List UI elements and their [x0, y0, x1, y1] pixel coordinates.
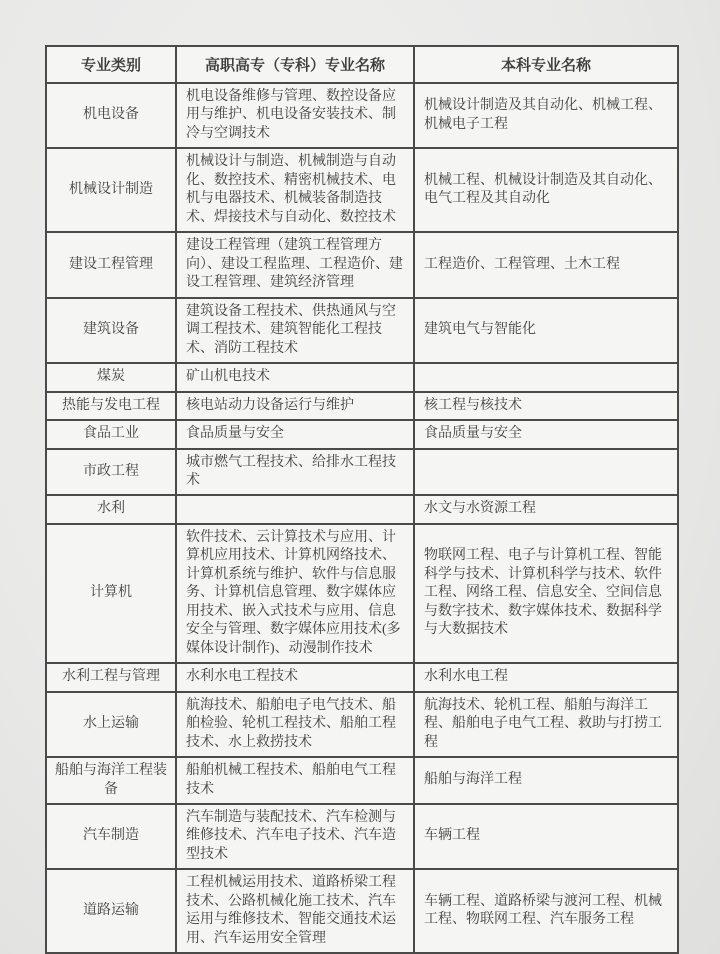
cell-category: 水利	[46, 495, 176, 523]
cell-undergraduate: 工程造价、工程管理、土木工程	[414, 232, 678, 297]
table-row: 水利工程与管理水利水电工程技术水利水电工程	[46, 663, 678, 691]
cell-category: 建设工程管理	[46, 232, 176, 297]
table-row: 道路运输工程机械运用技术、道路桥梁工程技术、公路机械化施工技术、汽车运用与维修技…	[46, 869, 678, 953]
column-header-undergraduate: 本科专业名称	[414, 46, 678, 83]
cell-category: 汽车制造	[46, 804, 176, 869]
cell-vocational: 机械设计与制造、机械制造与自动化、数控技术、精密机械技术、电机与电器技术、机械装…	[176, 148, 414, 232]
cell-undergraduate: 建筑电气与智能化	[414, 298, 678, 363]
table-row: 建设工程管理建设工程管理（建筑工程管理方向）、建设工程监理、工程造价、建设工程管…	[46, 232, 678, 297]
scanned-document-page: 专业类别 高职高专（专科）专业名称 本科专业名称 机电设备机电设备维修与管理、数…	[0, 0, 720, 954]
cell-vocational: 水利水电工程技术	[176, 663, 414, 691]
cell-undergraduate: 机械工程、机械设计制造及其自动化、电气工程及其自动化	[414, 148, 678, 232]
cell-undergraduate: 食品质量与安全	[414, 420, 678, 448]
table-row: 煤炭矿山机电技术	[46, 363, 678, 391]
cell-vocational: 城市燃气工程技术、给排水工程技术	[176, 449, 414, 496]
table-row: 船舶与海洋工程装备船舶机械工程技术、船舶电气工程技术船舶与海洋工程	[46, 757, 678, 804]
cell-category: 煤炭	[46, 363, 176, 391]
column-header-vocational: 高职高专（专科）专业名称	[176, 46, 414, 83]
cell-vocational	[176, 495, 414, 523]
cell-category: 建筑设备	[46, 298, 176, 363]
cell-undergraduate: 船舶与海洋工程	[414, 757, 678, 804]
cell-undergraduate: 水文与水资源工程	[414, 495, 678, 523]
table-header-row: 专业类别 高职高专（专科）专业名称 本科专业名称	[46, 46, 678, 83]
cell-undergraduate: 航海技术、轮机工程、船舶与海洋工程、船舶电子电气工程、救助与打捞工程	[414, 692, 678, 757]
table-row: 汽车制造汽车制造与装配技术、汽车检测与维修技术、汽车电子技术、汽车造型技术车辆工…	[46, 804, 678, 869]
cell-category: 道路运输	[46, 869, 176, 953]
cell-undergraduate	[414, 363, 678, 391]
cell-vocational: 航海技术、船舶电子电气技术、船舶检验、轮机工程技术、船舶工程技术、水上救捞技术	[176, 692, 414, 757]
cell-undergraduate: 水利水电工程	[414, 663, 678, 691]
cell-category: 水利工程与管理	[46, 663, 176, 691]
cell-undergraduate: 核工程与核技术	[414, 392, 678, 420]
cell-vocational: 食品质量与安全	[176, 420, 414, 448]
cell-undergraduate: 机械设计制造及其自动化、机械工程、机械电子工程	[414, 83, 678, 148]
cell-category: 水上运输	[46, 692, 176, 757]
cell-vocational: 机电设备维修与管理、数控设备应用与维护、机电设备安装技术、制冷与空调技术	[176, 83, 414, 148]
cell-category: 热能与发电工程	[46, 392, 176, 420]
cell-vocational: 汽车制造与装配技术、汽车检测与维修技术、汽车电子技术、汽车造型技术	[176, 804, 414, 869]
table-row: 水利水文与水资源工程	[46, 495, 678, 523]
cell-category: 机械设计制造	[46, 148, 176, 232]
cell-category: 食品工业	[46, 420, 176, 448]
cell-category: 机电设备	[46, 83, 176, 148]
table-row: 热能与发电工程核电站动力设备运行与维护核工程与核技术	[46, 392, 678, 420]
cell-vocational: 工程机械运用技术、道路桥梁工程技术、公路机械化施工技术、汽车运用与维修技术、智能…	[176, 869, 414, 953]
cell-category: 计算机	[46, 524, 176, 663]
table-row: 计算机软件技术、云计算技术与应用、计算机应用技术、计算机网络技术、计算机系统与维…	[46, 524, 678, 663]
table-row: 机电设备机电设备维修与管理、数控设备应用与维护、机电设备安装技术、制冷与空调技术…	[46, 83, 678, 148]
cell-undergraduate: 物联网工程、电子与计算机工程、智能科学与技术、计算机科学与技术、软件工程、网络工…	[414, 524, 678, 663]
table-row: 食品工业食品质量与安全食品质量与安全	[46, 420, 678, 448]
table-row: 机械设计制造机械设计与制造、机械制造与自动化、数控技术、精密机械技术、电机与电器…	[46, 148, 678, 232]
table-row: 市政工程城市燃气工程技术、给排水工程技术	[46, 449, 678, 496]
cell-vocational: 建设工程管理（建筑工程管理方向）、建设工程监理、工程造价、建设工程管理、建筑经济…	[176, 232, 414, 297]
cell-undergraduate: 车辆工程	[414, 804, 678, 869]
cell-vocational: 核电站动力设备运行与维护	[176, 392, 414, 420]
cell-category: 船舶与海洋工程装备	[46, 757, 176, 804]
table-row: 建筑设备建筑设备工程技术、供热通风与空调工程技术、建筑智能化工程技术、消防工程技…	[46, 298, 678, 363]
cell-vocational: 建筑设备工程技术、供热通风与空调工程技术、建筑智能化工程技术、消防工程技术	[176, 298, 414, 363]
cell-vocational: 软件技术、云计算技术与应用、计算机应用技术、计算机网络技术、计算机系统与维护、软…	[176, 524, 414, 663]
cell-category: 市政工程	[46, 449, 176, 496]
table-body: 机电设备机电设备维修与管理、数控设备应用与维护、机电设备安装技术、制冷与空调技术…	[46, 83, 678, 953]
cell-vocational: 矿山机电技术	[176, 363, 414, 391]
cell-vocational: 船舶机械工程技术、船舶电气工程技术	[176, 757, 414, 804]
major-mapping-table: 专业类别 高职高专（专科）专业名称 本科专业名称 机电设备机电设备维修与管理、数…	[45, 45, 679, 954]
table-row: 水上运输航海技术、船舶电子电气技术、船舶检验、轮机工程技术、船舶工程技术、水上救…	[46, 692, 678, 757]
column-header-category: 专业类别	[46, 46, 176, 83]
cell-undergraduate: 车辆工程、道路桥梁与渡河工程、机械工程、物联网工程、汽车服务工程	[414, 869, 678, 953]
cell-undergraduate	[414, 449, 678, 496]
